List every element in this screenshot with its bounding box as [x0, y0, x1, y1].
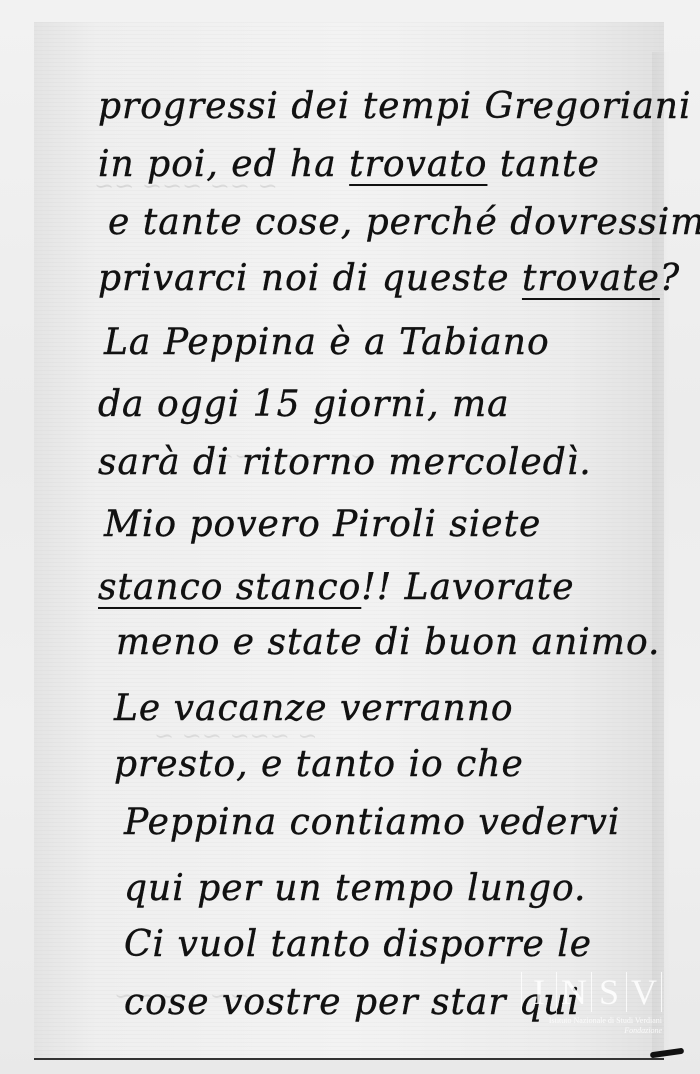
handwritten-line: La Peppina è a Tabiano — [104, 322, 550, 363]
insv-watermark: I N S V Istituto Nazionale di Studi Verd… — [512, 972, 662, 1038]
watermark-letter: N — [556, 972, 591, 1012]
watermark-logo: I N S V — [512, 972, 662, 1012]
watermark-letter: I — [521, 972, 556, 1012]
watermark-foundation: Fondazione — [512, 1026, 662, 1036]
underlined-word: trovato — [349, 144, 487, 185]
handwritten-line: stanco stanco!! Lavorate — [98, 567, 575, 608]
handwritten-line: Le vacanze verranno — [114, 688, 514, 729]
handwritten-line: presto, e tanto io che — [114, 744, 524, 785]
underlined-word: stanco stanco — [98, 567, 361, 608]
handwritten-text: progressi dei tempi Gregorianiin poi, ed… — [34, 22, 664, 1058]
handwritten-line: Ci vuol tanto disporre le — [124, 924, 592, 965]
handwritten-line: in poi, ed ha trovato tante — [98, 144, 600, 185]
handwritten-line: meno e state di buon animo. — [116, 622, 660, 663]
letter-page: ~ ~~ ~~~ ~~ ~~ ~ ~~~~ ~ ~~~ ~~ ~ ~~~ ~ ~… — [34, 22, 664, 1060]
handwritten-line: da oggi 15 giorni, ma — [98, 384, 510, 425]
underlined-word: trovate — [522, 258, 660, 299]
handwritten-line: e tante cose, perché dovressimo — [108, 202, 700, 243]
handwritten-line: qui per un tempo lungo. — [124, 868, 587, 909]
handwritten-line: Peppina contiamo vedervi — [124, 802, 620, 843]
handwritten-line: Mio povero Piroli siete — [104, 504, 541, 545]
handwritten-line: sarà di ritorno mercoledì. — [98, 442, 592, 483]
handwritten-line: privarci noi di queste trovate? — [98, 258, 680, 299]
handwritten-line: progressi dei tempi Gregoriani — [98, 86, 691, 127]
watermark-institution: Istituto Nazionale di Studi Verdiani — [512, 1016, 662, 1026]
watermark-letter: S — [591, 972, 626, 1012]
watermark-letter: V — [626, 972, 662, 1012]
